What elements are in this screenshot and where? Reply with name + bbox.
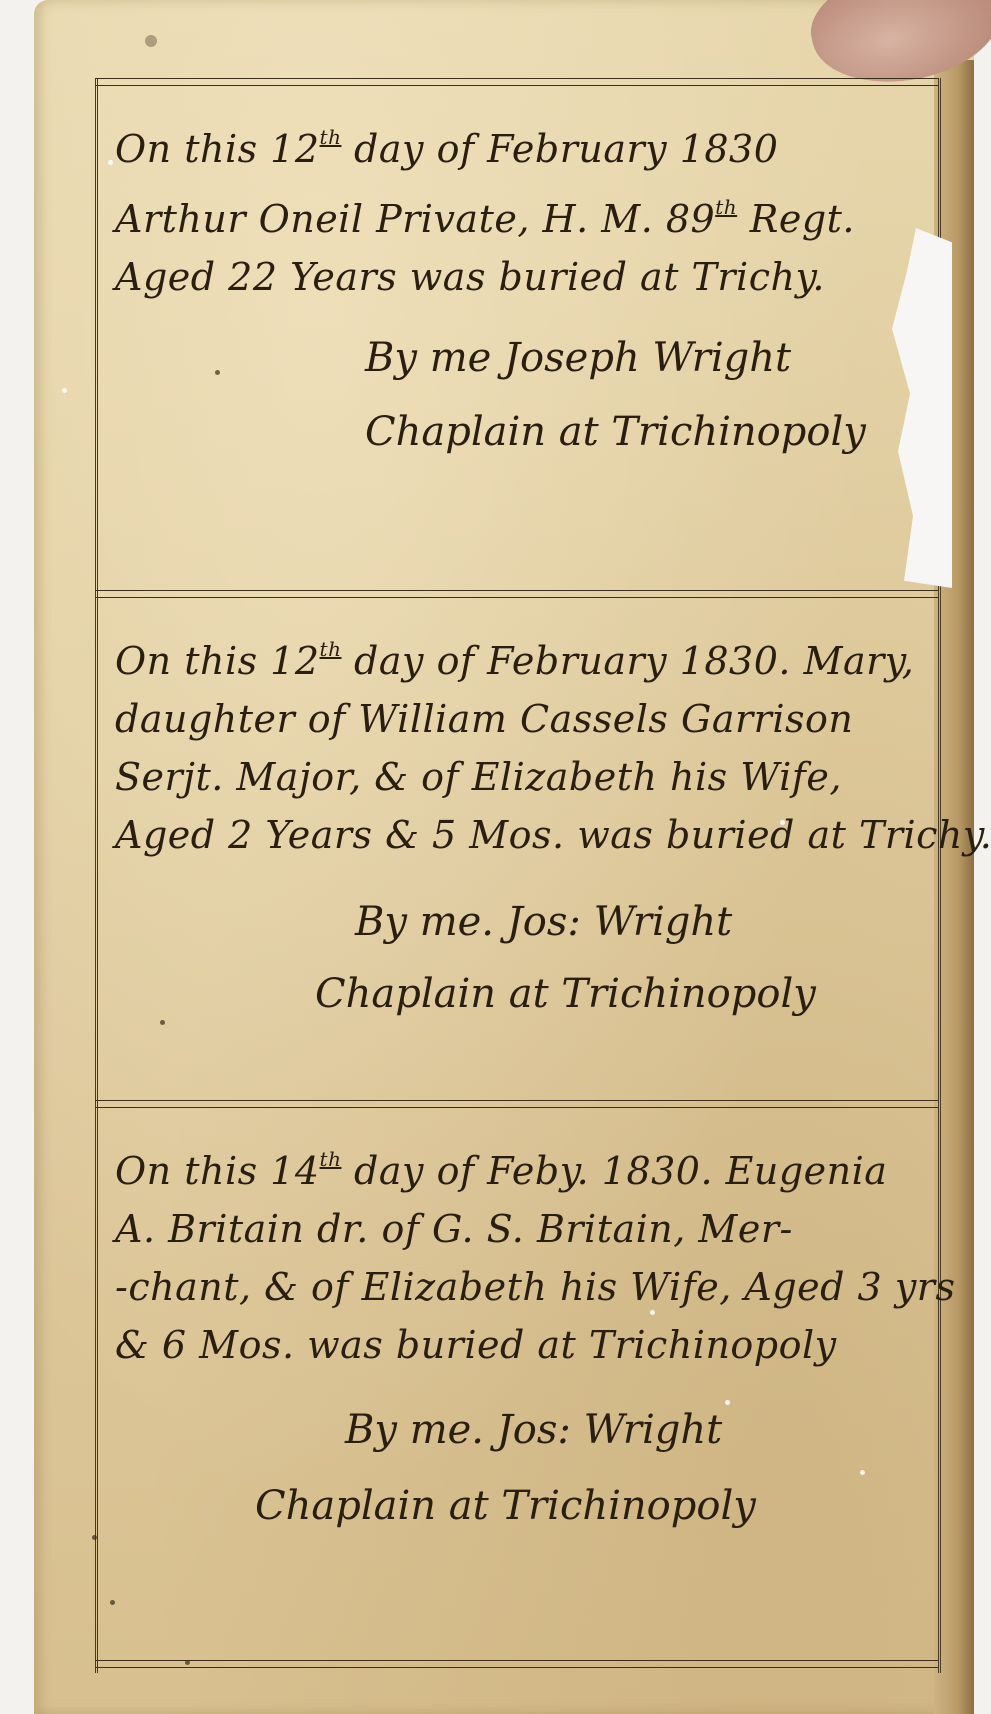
entry-3-line-3: -chant, & of Elizabeth his Wife, Aged 3 … (115, 1258, 915, 1316)
entry-1-signature: By me Joseph Wright (115, 326, 915, 390)
ink-dot (215, 370, 220, 375)
burial-entry-3: On this 14th day of Feby. 1830. Eugenia … (115, 1130, 915, 1538)
ink-stain (145, 35, 157, 47)
ink-dot (185, 1660, 190, 1665)
divider-rule-1 (95, 590, 938, 598)
entry-3-signature: By me. Jos: Wright (115, 1398, 915, 1462)
ink-dot (92, 1535, 97, 1540)
ink-dot (160, 1020, 165, 1025)
entry-1-line-3: Aged 22 Years was buried at Trichy. (115, 248, 915, 306)
paper-speck (650, 1310, 655, 1315)
photo-of-register-page: On this 12th day of February 1830 Arthur… (0, 0, 991, 1714)
paper-speck (62, 388, 67, 393)
burial-entry-1: On this 12th day of February 1830 Arthur… (115, 108, 915, 464)
ink-dot (110, 1600, 115, 1605)
entry-2-signature-title: Chaplain at Trichinopoly (115, 962, 915, 1026)
top-rule (95, 78, 938, 86)
paper-speck (860, 1470, 865, 1475)
burial-entry-2: On this 12th day of February 1830. Mary,… (115, 620, 915, 1026)
entry-3-signature-title: Chaplain at Trichinopoly (115, 1474, 915, 1538)
paper-speck (725, 1400, 730, 1405)
entry-2-line-4: Aged 2 Years & 5 Mos. was buried at Tric… (115, 806, 915, 864)
entry-3-line-1: On this 14th day of Feby. 1830. Eugenia (115, 1130, 915, 1200)
divider-rule-2 (95, 1100, 938, 1108)
entry-2-line-1: On this 12th day of February 1830. Mary, (115, 620, 915, 690)
entry-2-signature: By me. Jos: Wright (115, 890, 915, 954)
paper-speck (780, 820, 785, 825)
entry-3-line-4: & 6 Mos. was buried at Trichinopoly (115, 1316, 915, 1374)
entry-1-line-2: Arthur Oneil Private, H. M. 89th Regt. (115, 178, 915, 248)
bottom-rule (95, 1660, 938, 1668)
entry-1-line-1: On this 12th day of February 1830 (115, 108, 915, 178)
entry-1-signature-title: Chaplain at Trichinopoly (115, 400, 915, 464)
paper-speck (108, 160, 113, 165)
entry-2-line-2: daughter of William Cassels Garrison (115, 690, 915, 748)
entry-3-line-2: A. Britain dr. of G. S. Britain, Mer- (115, 1200, 915, 1258)
entry-2-line-3: Serjt. Major, & of Elizabeth his Wife, (115, 748, 915, 806)
